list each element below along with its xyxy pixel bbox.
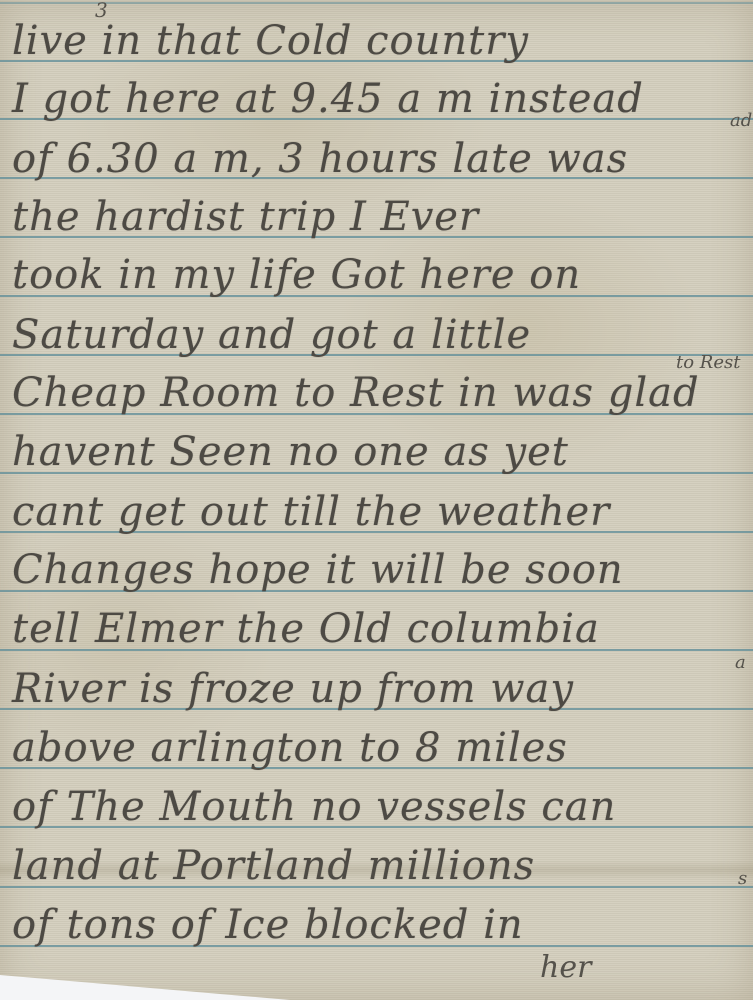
handwritten-line-3: of 6.30 a m, 3 hours late was xyxy=(12,130,752,188)
handwritten-line-2: I got here at 9.45 a m instead xyxy=(12,70,752,128)
handwritten-line-7: Cheap Room to Rest in was glad xyxy=(12,364,752,422)
scanned-letter-page: 3 live in that Cold country I got here a… xyxy=(0,0,753,1000)
ruled-line xyxy=(0,2,753,4)
handwritten-line-6: Saturday and got a little xyxy=(12,306,752,364)
line-overflow-annotation: a xyxy=(735,652,746,673)
inserted-text-annotation: to Rest xyxy=(676,352,740,373)
handwritten-line-1: live in that Cold country xyxy=(12,12,752,70)
handwritten-line-11: tell Elmer the Old columbia xyxy=(12,600,752,658)
handwritten-line-14: of The Mouth no vessels can xyxy=(12,778,752,836)
handwritten-line-12: River is froze up from way xyxy=(12,660,752,718)
handwritten-line-9: cant get out till the weather xyxy=(12,483,752,541)
handwritten-line-10: Changes hope it will be soon xyxy=(12,541,752,599)
handwritten-line-5: took in my life Got here on xyxy=(12,246,752,304)
handwritten-line-13: above arlington to 8 miles xyxy=(12,719,752,777)
line-overflow-annotation: s xyxy=(738,868,747,889)
handwritten-line-15: land at Portland millions xyxy=(12,837,752,895)
handwritten-line-16: of tons of Ice blocked in xyxy=(12,896,752,954)
handwritten-line-4: the hardist trip I Ever xyxy=(12,188,752,246)
line-overflow-annotation: ad xyxy=(730,110,752,131)
handwritten-line-8: havent Seen no one as yet xyxy=(12,423,752,481)
paper-sheet: 3 live in that Cold country I got here a… xyxy=(0,0,753,1000)
continuation-word: her xyxy=(540,950,591,985)
